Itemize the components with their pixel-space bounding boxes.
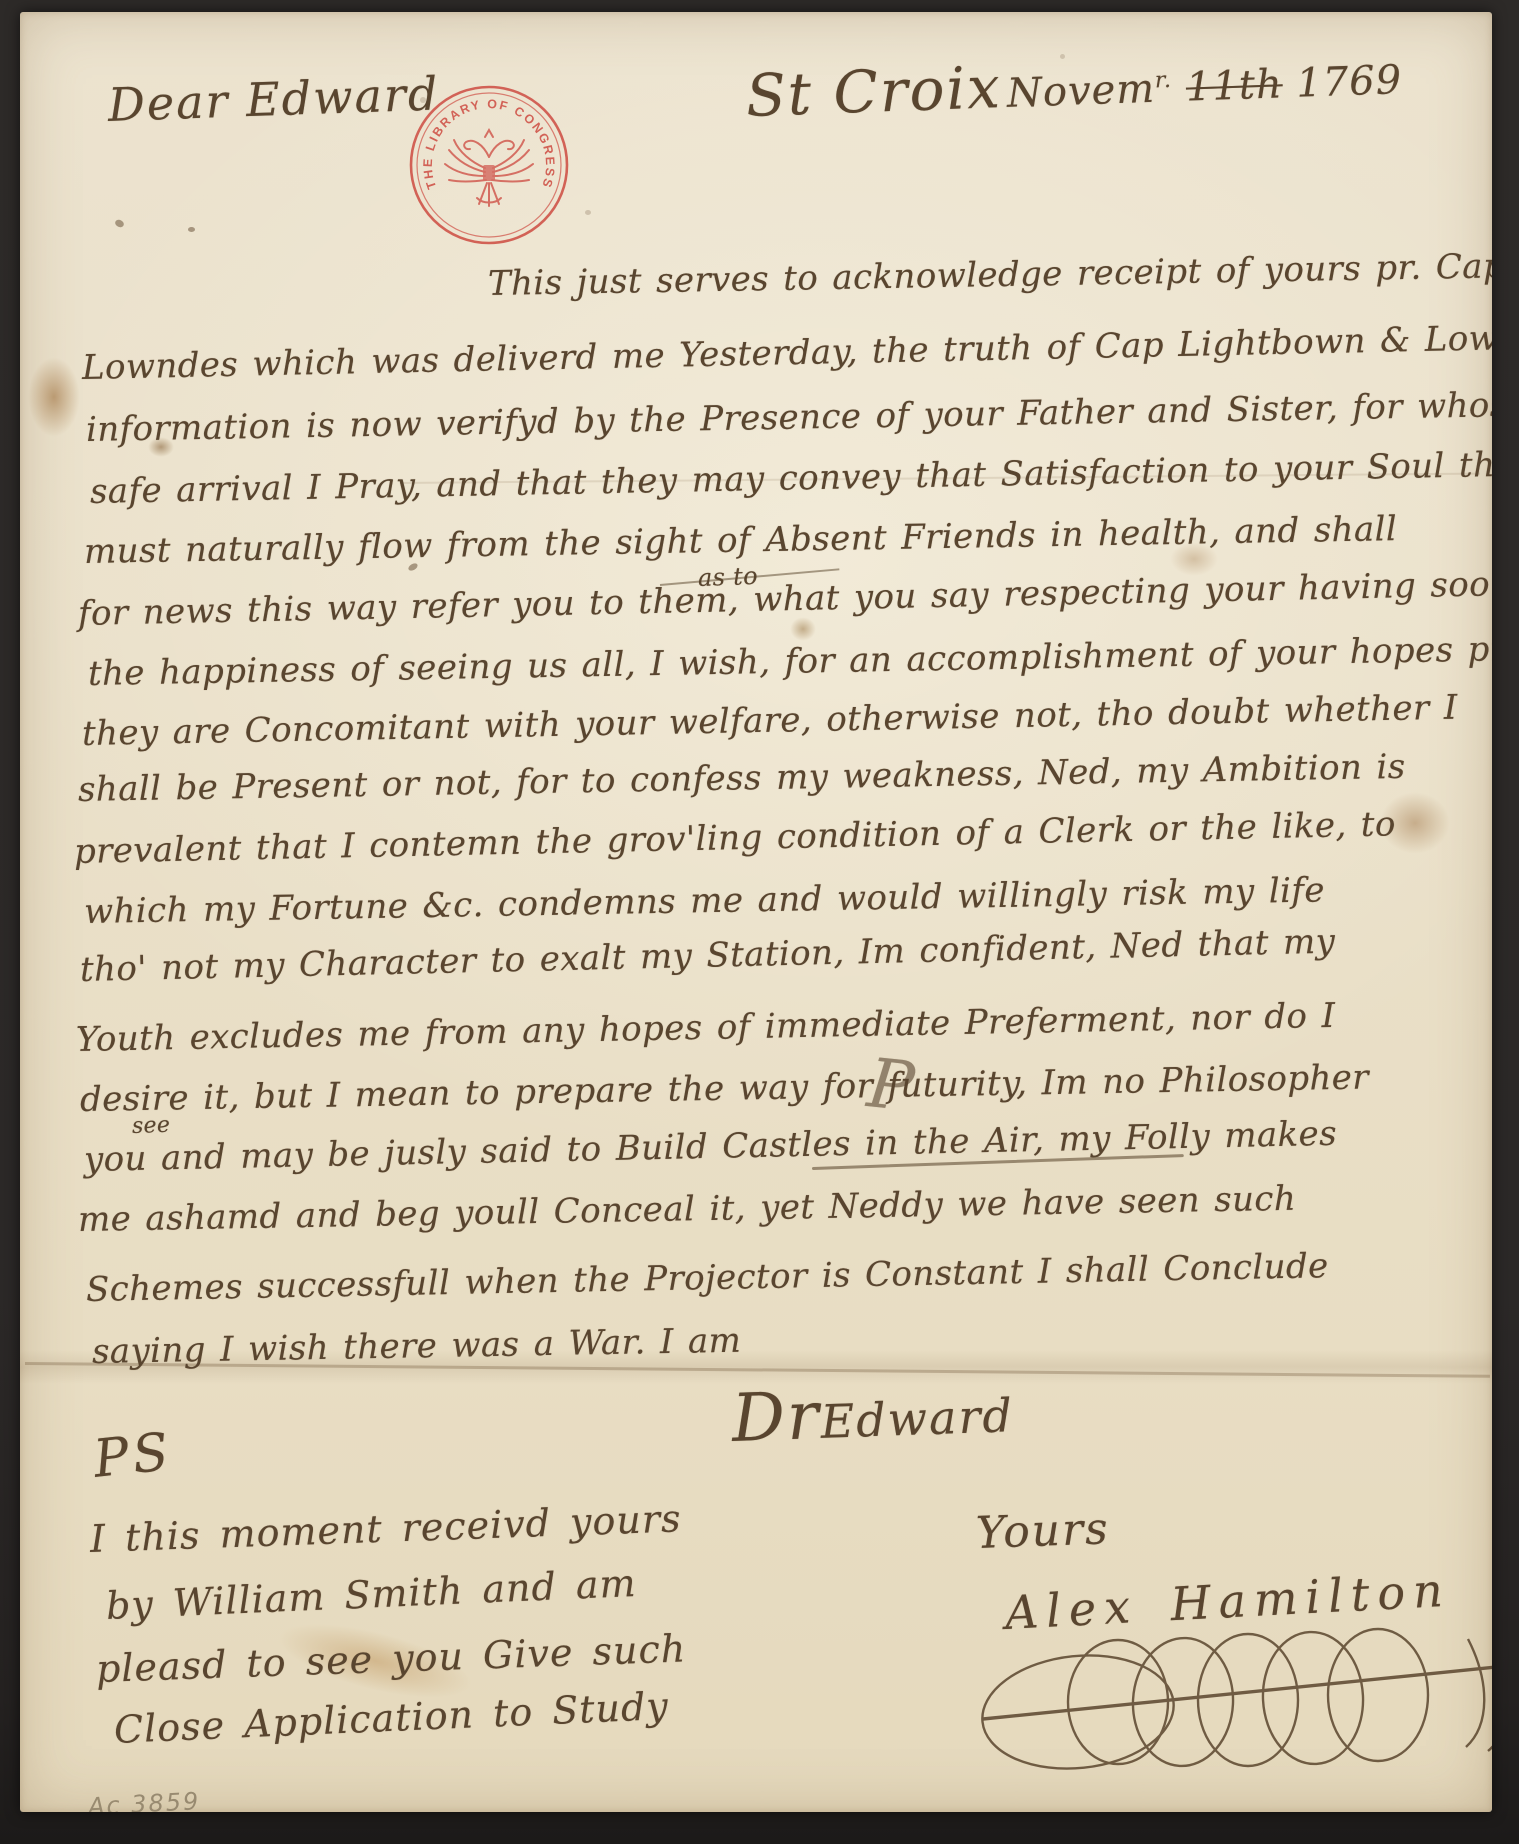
- closing-dr: Dr: [731, 1377, 822, 1457]
- body-line-2: Lowndes which was deliverd me Yesterday,…: [82, 317, 1492, 388]
- body-line-17: Schemes successfull when the Projector i…: [86, 1246, 1329, 1310]
- body-line-13: Youth excludes me from any hopes of imme…: [76, 996, 1336, 1060]
- body-line-4: safe arrival I Pray, and that they may c…: [90, 444, 1492, 512]
- body-line-15: you and may be jusly said to Build Castl…: [84, 1114, 1338, 1180]
- ps-line-3: pleasd to see you Give such: [95, 1626, 687, 1691]
- smudge-stain: [790, 617, 816, 641]
- dateline-month-suffix: r.: [1154, 68, 1172, 94]
- dateline-day: 11th: [1185, 61, 1283, 110]
- archival-number: Ac 3859: [87, 1787, 201, 1812]
- ink-speck: [585, 210, 591, 215]
- body-line-10: prevalent that I contemn the grov'ling c…: [74, 804, 1397, 872]
- dateline-month: Novem: [1006, 66, 1156, 117]
- closing-address: DrEdward: [731, 1370, 1015, 1457]
- body-line-12: tho' not my Character to exalt my Statio…: [80, 922, 1336, 990]
- body-line-16: me ashamd and beg youll Conceal it, yet …: [78, 1179, 1297, 1240]
- scanned-letter-screenshot: { "page": { "background_color": "#2b2827…: [0, 0, 1519, 1844]
- body-line-7: the happiness of seeing us all, I wish, …: [88, 627, 1492, 694]
- ink-speck: [114, 218, 125, 228]
- ink-speck: [188, 227, 195, 232]
- body-line-1: This just serves to acknowledge receipt …: [488, 246, 1492, 304]
- closing-name: Edward: [820, 1388, 1015, 1449]
- ink-flourish-p: P: [864, 1044, 918, 1127]
- body-line-8: they are Concomitant with your welfare, …: [82, 688, 1458, 754]
- ink-stain: [28, 357, 80, 437]
- signature-flourish: [968, 1627, 1492, 1787]
- double-headed-eagle-icon: [445, 130, 533, 206]
- body-line-14: desire it, but I mean to prepare the way…: [80, 1058, 1370, 1120]
- dateline-place: St Croix: [745, 53, 1003, 130]
- interlinear-insertion-see: see: [132, 1113, 171, 1139]
- body-line-11: which my Fortune &c. condemns me and wou…: [84, 870, 1326, 932]
- ps-line-2: by William Smith and am: [105, 1561, 637, 1628]
- letter-page: Dear Edward THE LIBRARY OF CONGRESS: [20, 12, 1492, 1812]
- salutation: Dear Edward: [107, 66, 440, 132]
- ps-line-4: Close Application to Study: [113, 1684, 670, 1752]
- body-line-9: shall be Present or not, for to confess …: [78, 747, 1406, 810]
- ps-label: PS: [91, 1422, 175, 1490]
- ps-line-1: I this moment receivd yours: [89, 1496, 682, 1561]
- body-line-3: information is now verifyd by the Presen…: [86, 385, 1492, 450]
- dateline-year: 1769: [1296, 57, 1403, 107]
- library-of-congress-stamp: THE LIBRARY OF CONGRESS: [406, 82, 572, 248]
- dateline: St Croix Novemr. 11th 1769: [745, 39, 1403, 130]
- valediction: Yours: [975, 1503, 1110, 1559]
